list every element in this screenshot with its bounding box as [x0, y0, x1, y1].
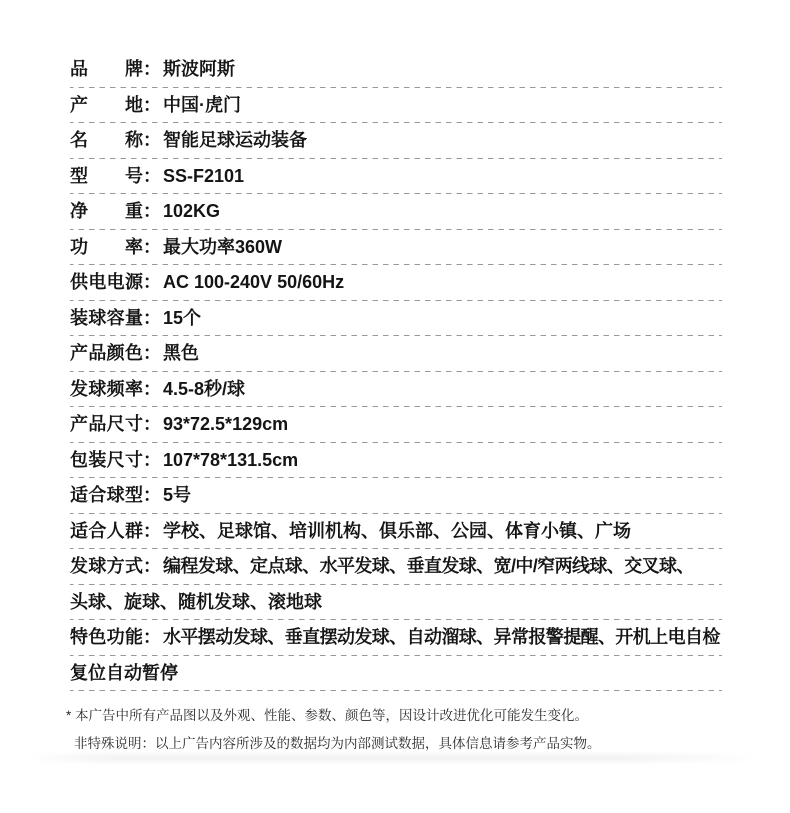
spec-colon: ： [143, 514, 163, 550]
spec-value: 93*72.5*129cm [163, 407, 288, 443]
spec-row-features-line1: 特色功能：水平摆动发球、垂直摆动发球、自动溜球、异常报警提醒、开机上电自检 [70, 620, 722, 656]
spec-value: 15个 [163, 301, 201, 337]
spec-label: 适合人群 [70, 514, 143, 550]
spec-label: 功率 [70, 230, 143, 266]
spec-value-continuation: 复位自动暂停 [70, 656, 178, 692]
spec-colon: ： [143, 194, 163, 230]
spec-label: 品牌 [70, 52, 143, 88]
spec-label: 装球容量 [70, 301, 143, 337]
spec-label: 适合球型 [70, 478, 143, 514]
spec-value: SS-F2101 [163, 159, 244, 195]
spec-value: 黑色 [163, 336, 199, 372]
spec-row-product-size: 产品尺寸：93*72.5*129cm [70, 407, 722, 443]
spec-value: 4.5-8秒/球 [163, 372, 245, 408]
spec-label: 发球频率 [70, 372, 143, 408]
spec-colon: ： [143, 301, 163, 337]
spec-colon: ： [143, 159, 163, 195]
spec-row-power: 功率：最大功率360W [70, 230, 722, 266]
spec-value: 斯波阿斯 [163, 52, 235, 88]
spec-colon: ： [143, 478, 163, 514]
spec-label: 净重 [70, 194, 143, 230]
spec-label: 产地 [70, 88, 143, 124]
spec-value: 中国·虎门 [163, 88, 241, 124]
disclaimer-note-1: * 本广告中所有产品图以及外观、性能、参数、颜色等，因设计改进优化可能发生变化。 [66, 702, 746, 730]
spec-label: 供电电源 [70, 265, 143, 301]
spec-row-product-color: 产品颜色：黑色 [70, 336, 722, 372]
spec-value: 编程发球、定点球、水平发球、垂直发球、宽/中/窄两线球、交叉球、 [163, 549, 694, 585]
bottom-shadow-divider [28, 754, 762, 762]
spec-value: 107*78*131.5cm [163, 443, 298, 479]
spec-row-brand: 品牌：斯波阿斯 [70, 52, 722, 88]
spec-colon: ： [143, 443, 163, 479]
spec-row-power-supply: 供电电源：AC 100-240V 50/60Hz [70, 265, 722, 301]
spec-value: 102KG [163, 194, 220, 230]
spec-colon: ： [143, 620, 163, 656]
spec-label: 发球方式 [70, 549, 143, 585]
spec-row-serve-frequency: 发球频率：4.5-8秒/球 [70, 372, 722, 408]
spec-row-audience: 适合人群：学校、足球馆、培训机构、俱乐部、公园、体育小镇、广场 [70, 514, 722, 550]
spec-label: 特色功能 [70, 620, 143, 656]
spec-row-serve-modes-line1: 发球方式：编程发球、定点球、水平发球、垂直发球、宽/中/窄两线球、交叉球、 [70, 549, 722, 585]
product-spec-page: 品牌：斯波阿斯 产地：中国·虎门 名称：智能足球运动装备 型号：SS-F2101… [0, 0, 790, 813]
spec-colon: ： [143, 88, 163, 124]
spec-row-package-size: 包装尺寸：107*78*131.5cm [70, 443, 722, 479]
spec-colon: ： [143, 372, 163, 408]
spec-row-net-weight: 净重：102KG [70, 194, 722, 230]
spec-row-serve-modes-line2: 头球、旋球、随机发球、滚地球 [70, 585, 722, 621]
spec-colon: ： [143, 123, 163, 159]
spec-colon: ： [143, 336, 163, 372]
spec-value-continuation: 头球、旋球、随机发球、滚地球 [70, 585, 322, 621]
spec-value: 最大功率360W [163, 230, 282, 266]
spec-row-ball-capacity: 装球容量：15个 [70, 301, 722, 337]
spec-colon: ： [143, 52, 163, 88]
spec-row-features-line2: 复位自动暂停 [70, 656, 722, 692]
spec-value: AC 100-240V 50/60Hz [163, 265, 344, 301]
spec-colon: ： [143, 230, 163, 266]
spec-row-model: 型号：SS-F2101 [70, 159, 722, 195]
spec-label: 产品颜色 [70, 336, 143, 372]
spec-label: 名称 [70, 123, 143, 159]
spec-label: 型号 [70, 159, 143, 195]
spec-row-ball-type: 适合球型：5号 [70, 478, 722, 514]
spec-value: 水平摆动发球、垂直摆动发球、自动溜球、异常报警提醒、开机上电自检 [163, 620, 720, 656]
disclaimer-notes: * 本广告中所有产品图以及外观、性能、参数、颜色等，因设计改进优化可能发生变化。… [66, 702, 746, 758]
spec-value: 学校、足球馆、培训机构、俱乐部、公园、体育小镇、广场 [163, 514, 631, 550]
spec-row-name: 名称：智能足球运动装备 [70, 123, 722, 159]
spec-value: 5号 [163, 478, 191, 514]
spec-value: 智能足球运动装备 [163, 123, 307, 159]
spec-table: 品牌：斯波阿斯 产地：中国·虎门 名称：智能足球运动装备 型号：SS-F2101… [70, 52, 722, 691]
spec-row-origin: 产地：中国·虎门 [70, 88, 722, 124]
spec-colon: ： [143, 549, 163, 585]
spec-label: 包装尺寸 [70, 443, 143, 479]
spec-label: 产品尺寸 [70, 407, 143, 443]
spec-colon: ： [143, 265, 163, 301]
spec-colon: ： [143, 407, 163, 443]
